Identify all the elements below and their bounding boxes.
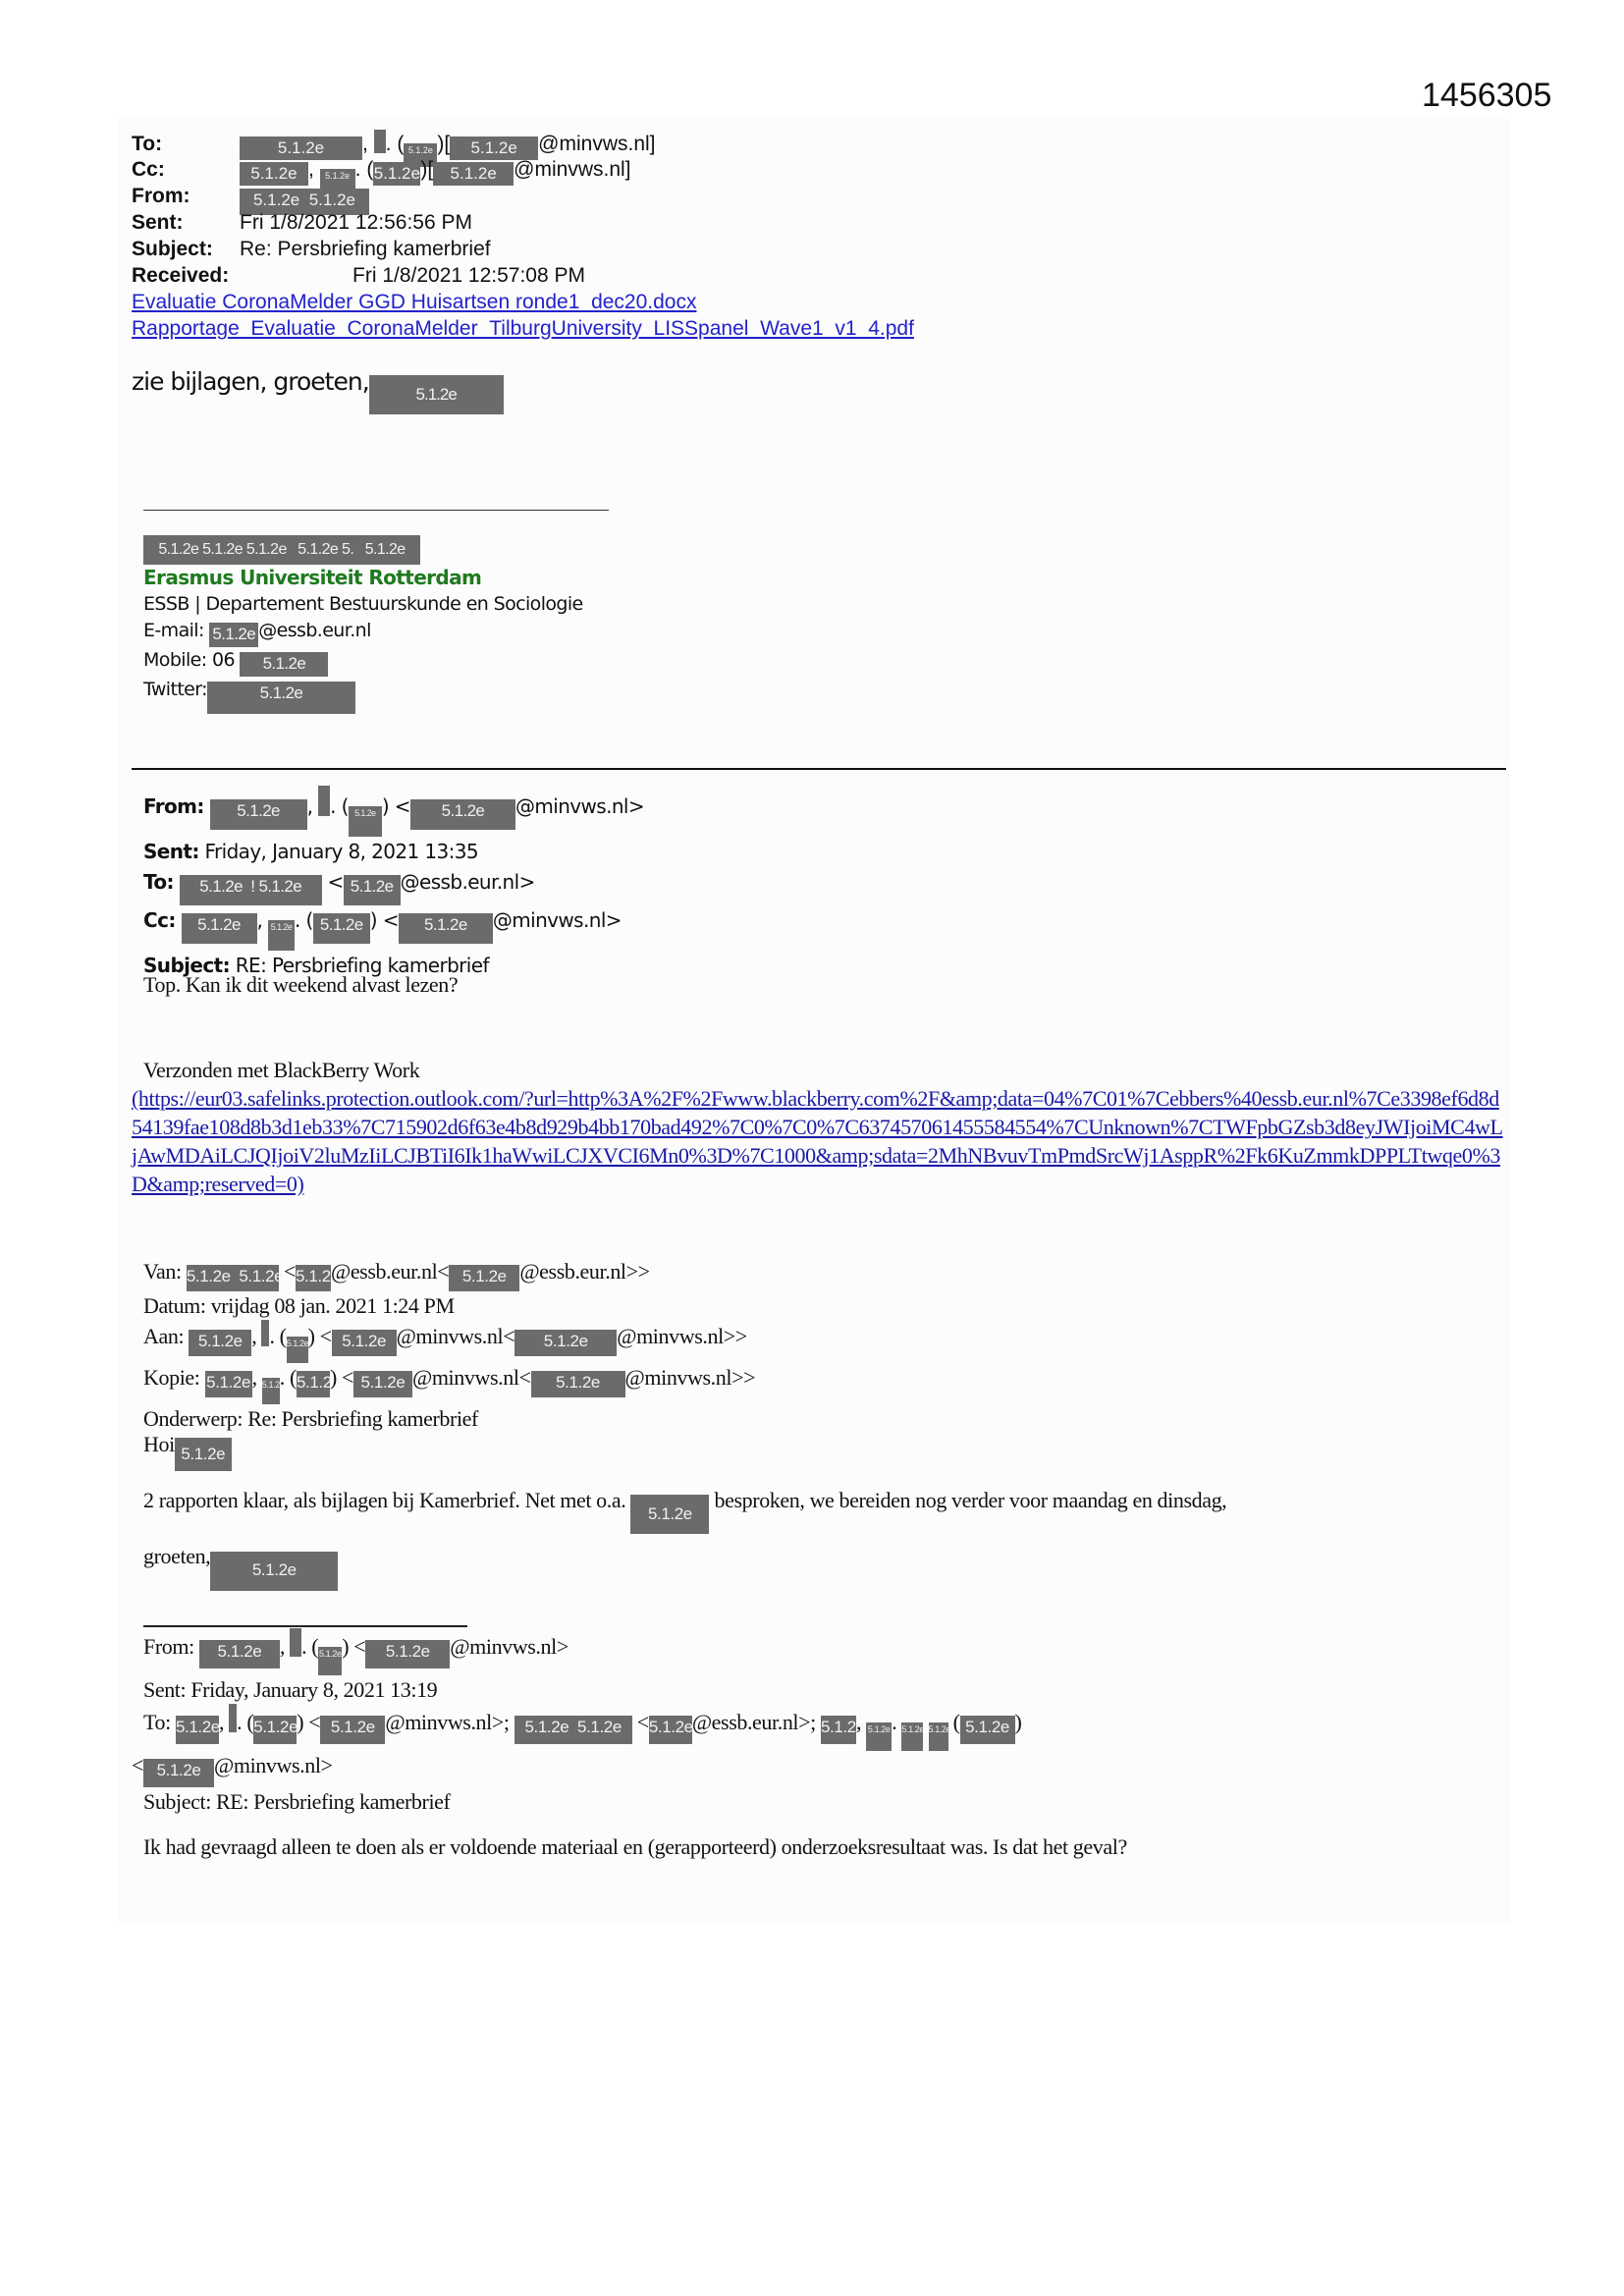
safelink-url: (https://eur03.safelinks.protection.outl… — [132, 1084, 1506, 1198]
signature-organization: Erasmus Universiteit Rotterdam — [143, 565, 583, 591]
header-received-row: Received:Fri 1/8/2021 12:57:08 PM — [132, 262, 914, 289]
redaction: 5.1.2e — [175, 1438, 232, 1471]
to-domain: @essb.eur.nl>; — [692, 1710, 816, 1734]
fwd3-to-row-continued: <5.1.2e@minvws.nl> — [132, 1751, 1021, 1787]
redaction — [290, 1628, 301, 1657]
redaction: 5.1.2e — [349, 806, 382, 837]
redaction: 5.1.2e — [207, 682, 355, 714]
signature-twitter-row: Twitter:5.1.2e — [143, 677, 583, 714]
redaction: 5.1.2e — [320, 1716, 385, 1744]
redaction: 5.1.2e 5.1.2e — [187, 1265, 279, 1291]
redaction: 5.1.2e — [210, 1552, 338, 1591]
sent-label: Sent: — [143, 840, 199, 863]
redaction: 5.1.2e — [189, 1330, 251, 1356]
redaction: 5.1.2e — [268, 920, 295, 951]
fwd1-from-row: From: 5.1.2e, . (5.1.2e) <5.1.2e@minvws.… — [143, 786, 644, 837]
received-value: Fri 1/8/2021 12:57:08 PM — [352, 264, 585, 287]
redaction: 5.1.2e — [649, 1716, 692, 1744]
aan-domain: @minvws.nl>> — [617, 1324, 747, 1348]
fwd2-kopie-row: Kopie: 5.1.2e, 5.1.2e. (5.1.2e) <5.1.2e@… — [143, 1363, 755, 1404]
to-label: To: — [143, 870, 174, 894]
greeting-text: zie bijlagen, groeten, — [132, 367, 369, 396]
signature-divider — [143, 510, 609, 511]
sent-value: Fri 1/8/2021 12:56:56 PM — [240, 211, 472, 234]
from-label: From: — [143, 794, 204, 818]
from-label: From: — [132, 183, 240, 209]
fwd1-sent-row: Sent: Friday, January 8, 2021 13:35 — [143, 837, 644, 867]
subject-value: RE: Persbriefing kamerbrief — [216, 1789, 450, 1814]
redaction — [261, 1320, 269, 1346]
van-label: Van: — [143, 1259, 182, 1284]
fwd2-van-row: Van: 5.1.2e 5.1.2e <5.1.2e@essb.eur.nl<5… — [143, 1257, 755, 1291]
fwd1-to-row: To: 5.1.2e ! 5.1.2e <5.1.2e@essb.eur.nl> — [143, 867, 644, 905]
fwd3-subject-row: Subject: RE: Persbriefing kamerbrief — [143, 1787, 1021, 1816]
fwd2-datum-row: Datum: vrijdag 08 jan. 2021 1:24 PM — [143, 1291, 755, 1320]
safelink-link[interactable]: (https://eur03.safelinks.protection.outl… — [132, 1086, 1503, 1196]
fwd2-paragraph: 2 rapporten klaar, als bijlagen bij Kame… — [143, 1488, 1226, 1534]
sent-label: Sent: — [143, 1677, 186, 1702]
attachment-link-docx[interactable]: Evaluatie CoronaMelder GGD Huisartsen ro… — [132, 291, 696, 313]
forwarded-header-2: Van: 5.1.2e 5.1.2e <5.1.2e@essb.eur.nl<5… — [143, 1257, 755, 1433]
subject-value: Re: Persbriefing kamerbrief — [240, 238, 491, 260]
onderwerp-label: Onderwerp: — [143, 1406, 243, 1431]
cc-domain: @minvws.nl> — [493, 908, 622, 932]
redaction: 5.1.2e — [332, 1330, 397, 1356]
to-label: To: — [132, 131, 240, 157]
redaction: 5.1.2e 5.1.2e 5.1.2e 5.1.2e 5. 5.1.2e — [143, 535, 420, 565]
cc-domain: @minvws.nl] — [514, 158, 630, 181]
redaction: 5.1.2e — [410, 799, 515, 830]
redaction: 5.1.2e — [353, 1371, 412, 1397]
redaction: 5.1.2e 5.1.2e — [514, 1716, 632, 1744]
to-domain: @minvws.nl>; — [385, 1710, 509, 1734]
redaction — [229, 1704, 237, 1732]
signature-block: 5.1.2e 5.1.2e 5.1.2e 5.1.2e 5. 5.1.2e Er… — [143, 532, 583, 714]
header-from-row: From:5.1.2e 5.1.2e — [132, 183, 914, 209]
datum-label: Datum: — [143, 1293, 206, 1318]
redaction: 5.1.2e — [199, 1640, 280, 1668]
cc-label: Cc: — [143, 908, 176, 932]
redaction: 5.1.2e — [313, 913, 370, 944]
datum-value: vrijdag 08 jan. 2021 1:24 PM — [211, 1293, 455, 1318]
attachment-row: Rapportage_Evaluatie_CoronaMelder_Tilbur… — [132, 315, 914, 342]
twitter-label: Twitter: — [143, 679, 207, 700]
redaction: 5.1.2e — [296, 1265, 331, 1291]
redaction: 5.1.2e — [210, 799, 307, 830]
redaction: 5.1.2e — [143, 1759, 214, 1787]
to-label: To: — [143, 1710, 171, 1734]
to-domain: @essb.eur.nl> — [401, 870, 535, 894]
header-cc-row: Cc:5.1.2e, 5.1.2e. (5.1.2e)[5.1.2e@minvw… — [132, 156, 914, 183]
message-greeting: zie bijlagen, groeten,5.1.2e — [132, 367, 504, 414]
cc-label: Cc: — [132, 156, 240, 183]
paragraph-text: 2 rapporten klaar, als bijlagen bij Kame… — [143, 1488, 625, 1512]
redaction: 5.1.2e — [929, 1722, 948, 1751]
from-domain: @minvws.nl> — [515, 794, 644, 818]
redaction: 5.1.2e — [209, 623, 258, 647]
fwd3-sent-row: Sent: Friday, January 8, 2021 13:19 — [143, 1675, 1021, 1704]
kopie-label: Kopie: — [143, 1365, 199, 1390]
subject-label: Subject: — [132, 236, 240, 262]
to-domain: @minvws.nl> — [214, 1753, 333, 1777]
forwarded-header-1: From: 5.1.2e, . (5.1.2e) <5.1.2e@minvws.… — [143, 786, 644, 981]
attachment-link-pdf[interactable]: Rapportage_Evaluatie_CoronaMelder_Tilbur… — [132, 317, 914, 340]
sent-value: Friday, January 8, 2021 13:35 — [205, 840, 478, 863]
redaction: 5.1.2e — [240, 652, 328, 677]
redaction: 5.1.2e — [182, 913, 257, 944]
blackberry-signature: Verzonden met BlackBerry Work — [143, 1056, 419, 1084]
forwarded-header-3: From: 5.1.2e, . (5.1.2e) <5.1.2e@minvws.… — [143, 1628, 1021, 1816]
redaction: 5.1.2e — [297, 1371, 330, 1397]
redaction: 5.1.2e — [866, 1722, 892, 1751]
fwd2-onderwerp-row: Onderwerp: Re: Persbriefing kamerbrief — [143, 1404, 755, 1433]
sent-value: Friday, January 8, 2021 13:19 — [190, 1677, 437, 1702]
fwd3-to-row: To: 5.1.2e, . (5.1.2e) <5.1.2e@minvws.nl… — [143, 1704, 1021, 1751]
fwd3-body: Ik had gevraagd alleen te doen als er vo… — [143, 1834, 1127, 1860]
redaction: 5.1.2e — [287, 1337, 308, 1363]
header-subject-row: Subject:Re: Persbriefing kamerbrief — [132, 236, 914, 262]
redaction — [374, 130, 386, 153]
redaction: 5.1.2e — [630, 1495, 709, 1534]
fwd2-salutation: Hoi5.1.2e — [143, 1432, 232, 1471]
redaction: 5.1.2e — [205, 1371, 252, 1397]
signature-name-row: 5.1.2e 5.1.2e 5.1.2e 5.1.2e 5. 5.1.2e — [143, 532, 583, 565]
redaction: 5.1.2e — [253, 1716, 297, 1744]
hoi-text: Hoi — [143, 1432, 175, 1456]
aan-domain: @minvws.nl< — [397, 1324, 515, 1348]
closing-text: groeten, — [143, 1544, 210, 1568]
van-domain: @essb.eur.nl>> — [519, 1259, 649, 1284]
redaction: 5.1.2e — [449, 1265, 519, 1291]
redaction — [318, 786, 330, 816]
paragraph-text: besproken, we bereiden nog verder voor m… — [715, 1488, 1227, 1512]
redaction: 5.1.2e ! 5.1.2e — [180, 875, 322, 905]
header-to-row: To:5.1.2e, . (5.1.2e)[5.1.2e@minvws.nl] — [132, 130, 914, 156]
redaction: 5.1.2e — [262, 1378, 280, 1404]
redaction: 5.1.2e — [176, 1716, 219, 1744]
signature-email-row: E-mail: 5.1.2e@essb.eur.nl — [143, 618, 583, 647]
sent-label: Sent: — [132, 209, 240, 236]
subject-label: Subject: — [143, 1789, 211, 1814]
redaction: 5.1.2e — [399, 913, 493, 944]
received-label: Received: — [132, 262, 352, 289]
redaction: 5.1.2e — [344, 875, 401, 905]
redaction: 5.1.2e — [901, 1722, 923, 1751]
onderwerp-value: Re: Persbriefing kamerbrief — [247, 1406, 478, 1431]
mobile-label: Mobile: 06 — [143, 649, 235, 671]
from-domain: @minvws.nl> — [450, 1634, 568, 1659]
fwd2-closing: groeten,5.1.2e — [143, 1544, 338, 1591]
to-domain: @minvws.nl] — [538, 133, 655, 155]
aan-label: Aan: — [143, 1324, 184, 1348]
redaction: 5.1.2e — [514, 1330, 617, 1356]
fwd3-rule — [143, 1625, 467, 1627]
message-divider — [132, 768, 1506, 770]
redaction: 5.1.2e — [369, 375, 504, 414]
fwd1-cc-row: Cc: 5.1.2e, 5.1.2e. (5.1.2e) <5.1.2e@min… — [143, 905, 644, 951]
redaction: 5.1.2e — [960, 1716, 1015, 1744]
email-label: E-mail: — [143, 620, 204, 641]
redaction: 5.1.2e — [373, 162, 420, 186]
signature-department: ESSB | Departement Bestuurskunde en Soci… — [143, 591, 583, 618]
redaction: 5.1.2e — [821, 1716, 856, 1744]
kopie-domain: @minvws.nl>> — [625, 1365, 756, 1390]
fwd1-body: Top. Kan ik dit weekend alvast lezen? — [143, 972, 458, 998]
signature-mobile-row: Mobile: 06 5.1.2e — [143, 647, 583, 677]
redaction: 5.1.2e — [531, 1371, 625, 1397]
from-label: From: — [143, 1634, 194, 1659]
redaction: 5.1.2e — [365, 1640, 450, 1668]
email-header: To:5.1.2e, . (5.1.2e)[5.1.2e@minvws.nl] … — [132, 130, 914, 342]
redaction: 5.1.2e — [433, 162, 514, 186]
email-domain: @essb.eur.nl — [258, 620, 371, 641]
van-domain: @essb.eur.nl< — [331, 1259, 449, 1284]
fwd2-aan-row: Aan: 5.1.2e, . (5.1.2e) <5.1.2e@minvws.n… — [143, 1320, 755, 1363]
kopie-domain: @minvws.nl< — [412, 1365, 531, 1390]
redaction: 5.1.2e — [318, 1647, 342, 1675]
document-id: 1456305 — [1422, 77, 1551, 115]
attachment-row: Evaluatie CoronaMelder GGD Huisartsen ro… — [132, 289, 914, 315]
header-sent-row: Sent:Fri 1/8/2021 12:56:56 PM — [132, 209, 914, 236]
fwd3-from-row: From: 5.1.2e, . (5.1.2e) <5.1.2e@minvws.… — [143, 1628, 1021, 1675]
